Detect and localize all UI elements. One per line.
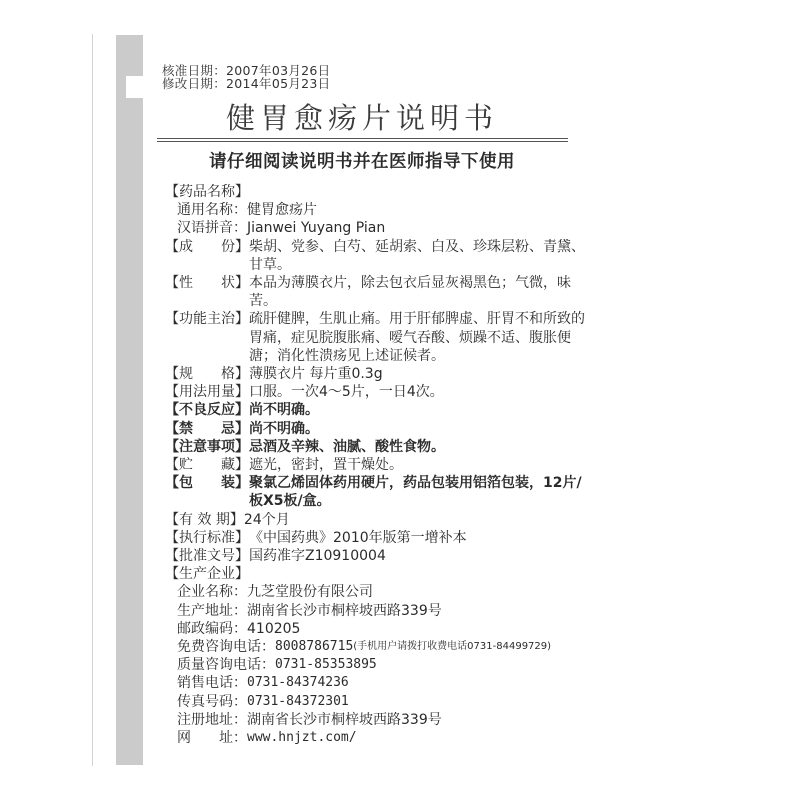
section-manufacturer: 【生产企业】 xyxy=(165,565,595,583)
section-packaging: 【包 装】聚氯乙烯固体药用硬片，药品包装用铝箔包装，12片/板X5板/盒。 xyxy=(165,474,595,510)
field-value: 0731-85353895 xyxy=(275,656,595,674)
section-description: 【性 状】本品为薄膜衣片，除去包衣后显灰褐黑色；气微，味苦。 xyxy=(165,274,595,310)
section-label: 【注意事项】 xyxy=(165,438,249,456)
section-label: 【禁 忌】 xyxy=(165,420,249,438)
field-label: 免费咨询电话： xyxy=(177,638,275,656)
section-label: 【包 装】 xyxy=(165,474,249,510)
section-approval-number: 【批准文号】国药准字Z10910004 xyxy=(165,547,595,565)
section-value: 国药准字Z10910004 xyxy=(249,547,595,565)
field-label: 注册地址： xyxy=(177,711,247,729)
section-label: 【执行标准】 xyxy=(165,529,249,547)
website-link: www.hnjzt.com/ xyxy=(247,729,595,747)
field-label: 企业名称： xyxy=(177,583,247,601)
section-value: 《中国药典》2010年版第一增补本 xyxy=(249,529,595,547)
section-value: 尚不明确。 xyxy=(249,401,595,419)
section-dosage: 【用法用量】口服。一次4～5片，一日4次。 xyxy=(165,383,595,401)
field-value: 8008786715 xyxy=(275,638,353,656)
title-rule-bottom xyxy=(157,141,568,142)
section-value: 聚氯乙烯固体药用硬片，药品包装用铝箔包装，12片/板X5板/盒。 xyxy=(249,474,595,510)
section-label: 【规 格】 xyxy=(165,365,249,383)
field-label: 网 址： xyxy=(177,729,247,747)
production-address-row: 生产地址：湖南省长沙市桐梓坡西路339号 xyxy=(165,602,595,620)
field-label: 邮政编码： xyxy=(177,620,247,638)
section-value: 疏肝健脾，生肌止痛。用于肝郁脾虚、肝胃不和所致的胃痛，症见脘腹胀痛、嗳气吞酸、烦… xyxy=(249,310,595,365)
field-value: 九芝堂股份有限公司 xyxy=(247,583,595,601)
sales-phone-row: 销售电话：0731-84374236 xyxy=(165,674,595,692)
revision-date-label: 修改日期： xyxy=(162,76,226,91)
section-indications: 【功能主治】疏肝健脾，生肌止痛。用于肝郁脾虚、肝胃不和所致的胃痛，症见脘腹胀痛、… xyxy=(165,310,595,365)
section-contraindications: 【禁 忌】尚不明确。 xyxy=(165,420,595,438)
field-value: 410205 xyxy=(247,620,595,638)
section-ingredients: 【成 份】柴胡、党参、白芍、延胡索、白及、珍珠层粉、青黛、甘草。 xyxy=(165,238,595,274)
section-value: 柴胡、党参、白芍、延胡索、白及、珍珠层粉、青黛、甘草。 xyxy=(249,238,595,274)
section-standard: 【执行标准】《中国药典》2010年版第一增补本 xyxy=(165,529,595,547)
registered-address-row: 注册地址：湖南省长沙市桐梓坡西路339号 xyxy=(165,711,595,729)
revision-date-value: 2014年05月23日 xyxy=(226,76,330,91)
field-value: 湖南省长沙市桐梓坡西路339号 xyxy=(247,602,595,620)
section-label: 【性 状】 xyxy=(165,274,249,310)
field-value: 健胃愈疡片 xyxy=(247,201,595,219)
field-value: 0731-84372301 xyxy=(247,693,595,711)
dates-block: 核准日期：2007年03月26日 修改日期：2014年05月23日 xyxy=(162,64,330,90)
section-specification: 【规 格】薄膜衣片 每片重0.3g xyxy=(165,365,595,383)
section-label: 【有 效 期】 xyxy=(165,511,244,529)
section-label: 【批准文号】 xyxy=(165,547,249,565)
section-label: 【药品名称】 xyxy=(165,183,249,201)
pinyin-row: 汉语拼音：Jianwei Yuyang Pian xyxy=(165,219,595,237)
section-value: 24个月 xyxy=(244,511,595,529)
website-row: 网 址：www.hnjzt.com/ xyxy=(165,729,595,747)
section-drug-name: 【药品名称】 xyxy=(165,183,595,201)
company-name-row: 企业名称：九芝堂股份有限公司 xyxy=(165,583,595,601)
field-label: 传真号码： xyxy=(177,693,247,711)
field-label: 质量咨询电话： xyxy=(177,656,275,674)
section-precautions: 【注意事项】忌酒及辛辣、油腻、酸性食物。 xyxy=(165,438,595,456)
section-label: 【功能主治】 xyxy=(165,310,249,365)
section-label: 【成 份】 xyxy=(165,238,249,274)
field-value: 0731-84374236 xyxy=(247,674,595,692)
document-subtitle: 请仔细阅读说明书并在医师指导下使用 xyxy=(157,148,567,173)
section-value: 尚不明确。 xyxy=(249,420,595,438)
generic-name-row: 通用名称：健胃愈疡片 xyxy=(165,201,595,219)
section-shelf-life: 【有 效 期】24个月 xyxy=(165,511,595,529)
postal-code-row: 邮政编码：410205 xyxy=(165,620,595,638)
section-adverse-reactions: 【不良反应】尚不明确。 xyxy=(165,401,595,419)
section-label: 【生产企业】 xyxy=(165,565,249,583)
field-label: 通用名称： xyxy=(177,201,247,219)
section-storage: 【贮 藏】遮光，密封，置干燥处。 xyxy=(165,456,595,474)
fax-row: 传真号码：0731-84372301 xyxy=(165,693,595,711)
strip-notch xyxy=(126,76,143,98)
field-label: 销售电话： xyxy=(177,674,247,692)
section-label: 【不良反应】 xyxy=(165,401,249,419)
title-rule-top xyxy=(157,138,568,139)
section-value: 遮光，密封，置干燥处。 xyxy=(249,456,595,474)
revision-date: 修改日期：2014年05月23日 xyxy=(162,77,330,90)
toll-free-phone-row: 免费咨询电话：8008786715(手机用户请拨打收费电话0731-844997… xyxy=(165,638,595,656)
section-label: 【用法用量】 xyxy=(165,383,249,401)
field-label: 汉语拼音： xyxy=(177,219,247,237)
section-label: 【贮 藏】 xyxy=(165,456,249,474)
gray-margin-strip xyxy=(116,35,143,765)
section-value: 薄膜衣片 每片重0.3g xyxy=(249,365,595,383)
section-value: 本品为薄膜衣片，除去包衣后显灰褐黑色；气微，味苦。 xyxy=(249,274,595,310)
field-note: (手机用户请拨打收费电话0731-84499729) xyxy=(353,638,551,656)
document-title: 健胃愈疡片说明书 xyxy=(157,96,567,137)
field-value: Jianwei Yuyang Pian xyxy=(247,219,595,237)
page-edge-line xyxy=(92,34,93,766)
field-label: 生产地址： xyxy=(177,602,247,620)
section-value: 忌酒及辛辣、油腻、酸性食物。 xyxy=(249,438,595,456)
leaflet-body: 【药品名称】 通用名称：健胃愈疡片 汉语拼音：Jianwei Yuyang Pi… xyxy=(165,183,595,747)
quality-phone-row: 质量咨询电话：0731-85353895 xyxy=(165,656,595,674)
section-value: 口服。一次4～5片，一日4次。 xyxy=(249,383,595,401)
field-value: 湖南省长沙市桐梓坡西路339号 xyxy=(247,711,595,729)
